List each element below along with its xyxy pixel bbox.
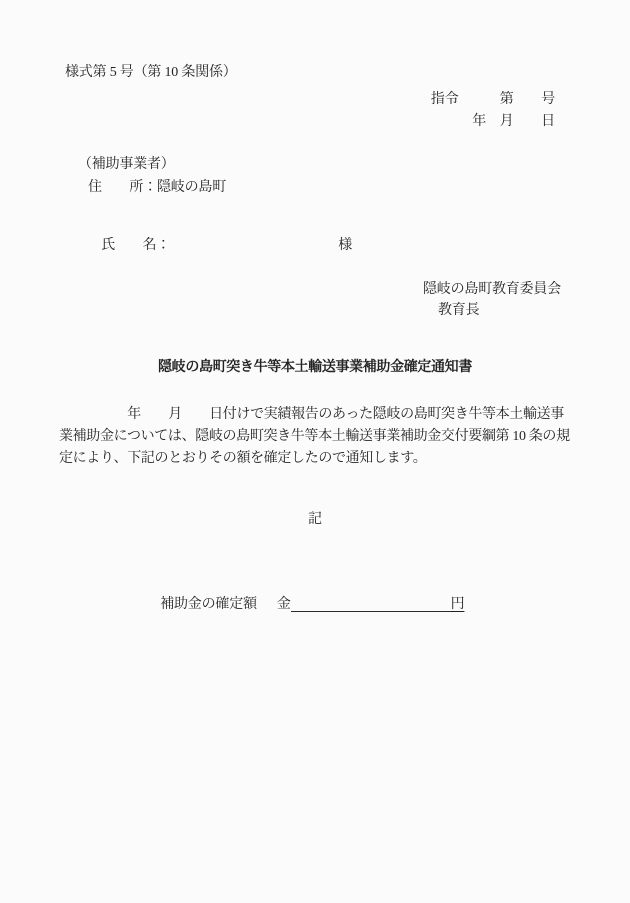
issuer-organization: 隠岐の島町教育委員会 — [423, 280, 561, 300]
issuer-title: 教育長 — [438, 301, 479, 321]
document-page: 様式第 5 号（第 10 条関係） 指令 第 号 年 月 日 （補助事業者） 住… — [0, 0, 630, 903]
amount-fill-blank — [291, 611, 451, 612]
amount-currency-prefix: 金 — [277, 597, 291, 612]
recipient-name-honorific: 様 — [338, 238, 352, 253]
recipient-name-label: 氏 名： — [101, 238, 170, 253]
recipient-address-line: 住 所：隠岐の島町 — [88, 178, 226, 198]
body-paragraph: 年 月 日付けで実績報告のあった隠岐の島町突き牛等本土輸送事 業補助金については… — [59, 404, 590, 470]
amount-label: 補助金の確定額 — [160, 597, 257, 612]
recipient-name-line: 氏 名：様 — [88, 216, 352, 276]
body-line-3: 定により、下記のとおりその額を確定したので通知します。 — [59, 448, 590, 470]
document-title: 隠岐の島町突き牛等本土輸送事業補助金確定通知書 — [0, 358, 630, 378]
record-marker: 記 — [0, 510, 630, 530]
body-line-1: 年 月 日付けで実績報告のあった隠岐の島町突き牛等本土輸送事 — [59, 404, 590, 426]
recipient-label: （補助事業者） — [78, 155, 175, 175]
form-number: 様式第 5 号（第 10 条関係） — [65, 63, 237, 83]
body-line-2: 業補助金については、隠岐の島町突き牛等本土輸送事業補助金交付要綱第 10 条の規 — [59, 426, 590, 448]
directive-number-line: 指令 第 号 — [431, 90, 555, 110]
amount-line: 補助金の確定額金円 — [147, 575, 464, 635]
amount-currency-suffix: 円 — [451, 597, 465, 612]
date-line: 年 月 日 — [472, 112, 555, 132]
